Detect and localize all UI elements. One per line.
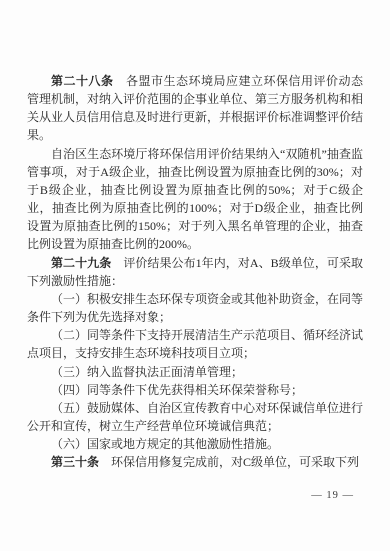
paragraph-article-28: 第二十八条 各盟市生态环境局应建立环保信用评价动态管理机制，对纳入评价范围的企事… xyxy=(27,72,363,145)
paragraph-double-random-inspection: 自治区生态环境厅将环保信用评价结果纳入“双随机”抽查监管事项，对于A级企业，抽查… xyxy=(27,145,363,254)
list-item-3: （三）纳入监督执法正面清单管理； xyxy=(27,363,363,381)
list-item-2: （二）同等条件下支持开展清洁生产示范项目、循环经济试点项目，支持安排生态环境科技… xyxy=(27,326,363,362)
list-item-text: （三）纳入监督执法正面清单管理； xyxy=(51,365,243,379)
list-item-text: （五）鼓励媒体、自治区宣传教育中心对环保诚信单位进行公开和宣传，树立生产经营单位… xyxy=(27,401,363,433)
list-item-text: （二）同等条件下支持开展清洁生产示范项目、循环经济试点项目，支持安排生态环境科技… xyxy=(27,328,363,360)
list-item-text: （六）国家或地方规定的其他激励性措施。 xyxy=(51,437,279,451)
paragraph-article-29: 第二十九条 评价结果公布1年内，对A、B级单位，可采取下列激励性措施： xyxy=(27,254,363,290)
article-28-number: 第二十八条 xyxy=(51,74,114,88)
article-30-text: 环保信用修复完成前，对C级单位，可采取下列 xyxy=(99,455,359,469)
paragraph-text: 自治区生态环境厅将环保信用评价结果纳入“双随机”抽查监管事项，对于A级企业，抽查… xyxy=(27,147,363,252)
article-30-number: 第三十条 xyxy=(51,455,99,469)
page-number: — 19 — xyxy=(311,490,354,501)
document-page: { "page": { "background": "#fdfdfd", "te… xyxy=(0,0,390,551)
list-item-4: （四）同等条件下优先获得相关环保荣誉称号； xyxy=(27,381,363,399)
list-item-1: （一）积极安排生态环保专项资金或其他补助资金，在同等条件下列为优先选择对象； xyxy=(27,290,363,326)
document-text-block: 第二十八条 各盟市生态环境局应建立环保信用评价动态管理机制，对纳入评价范围的企事… xyxy=(27,72,363,471)
article-29-number: 第二十九条 xyxy=(51,256,111,270)
list-item-text: （四）同等条件下优先获得相关环保荣誉称号； xyxy=(51,383,303,397)
paragraph-article-30: 第三十条 环保信用修复完成前，对C级单位，可采取下列 xyxy=(27,453,363,471)
list-item-5: （五）鼓励媒体、自治区宣传教育中心对环保诚信单位进行公开和宣传，树立生产经营单位… xyxy=(27,399,363,435)
list-item-text: （一）积极安排生态环保专项资金或其他补助资金，在同等条件下列为优先选择对象； xyxy=(27,292,363,324)
list-item-6: （六）国家或地方规定的其他激励性措施。 xyxy=(27,435,363,453)
